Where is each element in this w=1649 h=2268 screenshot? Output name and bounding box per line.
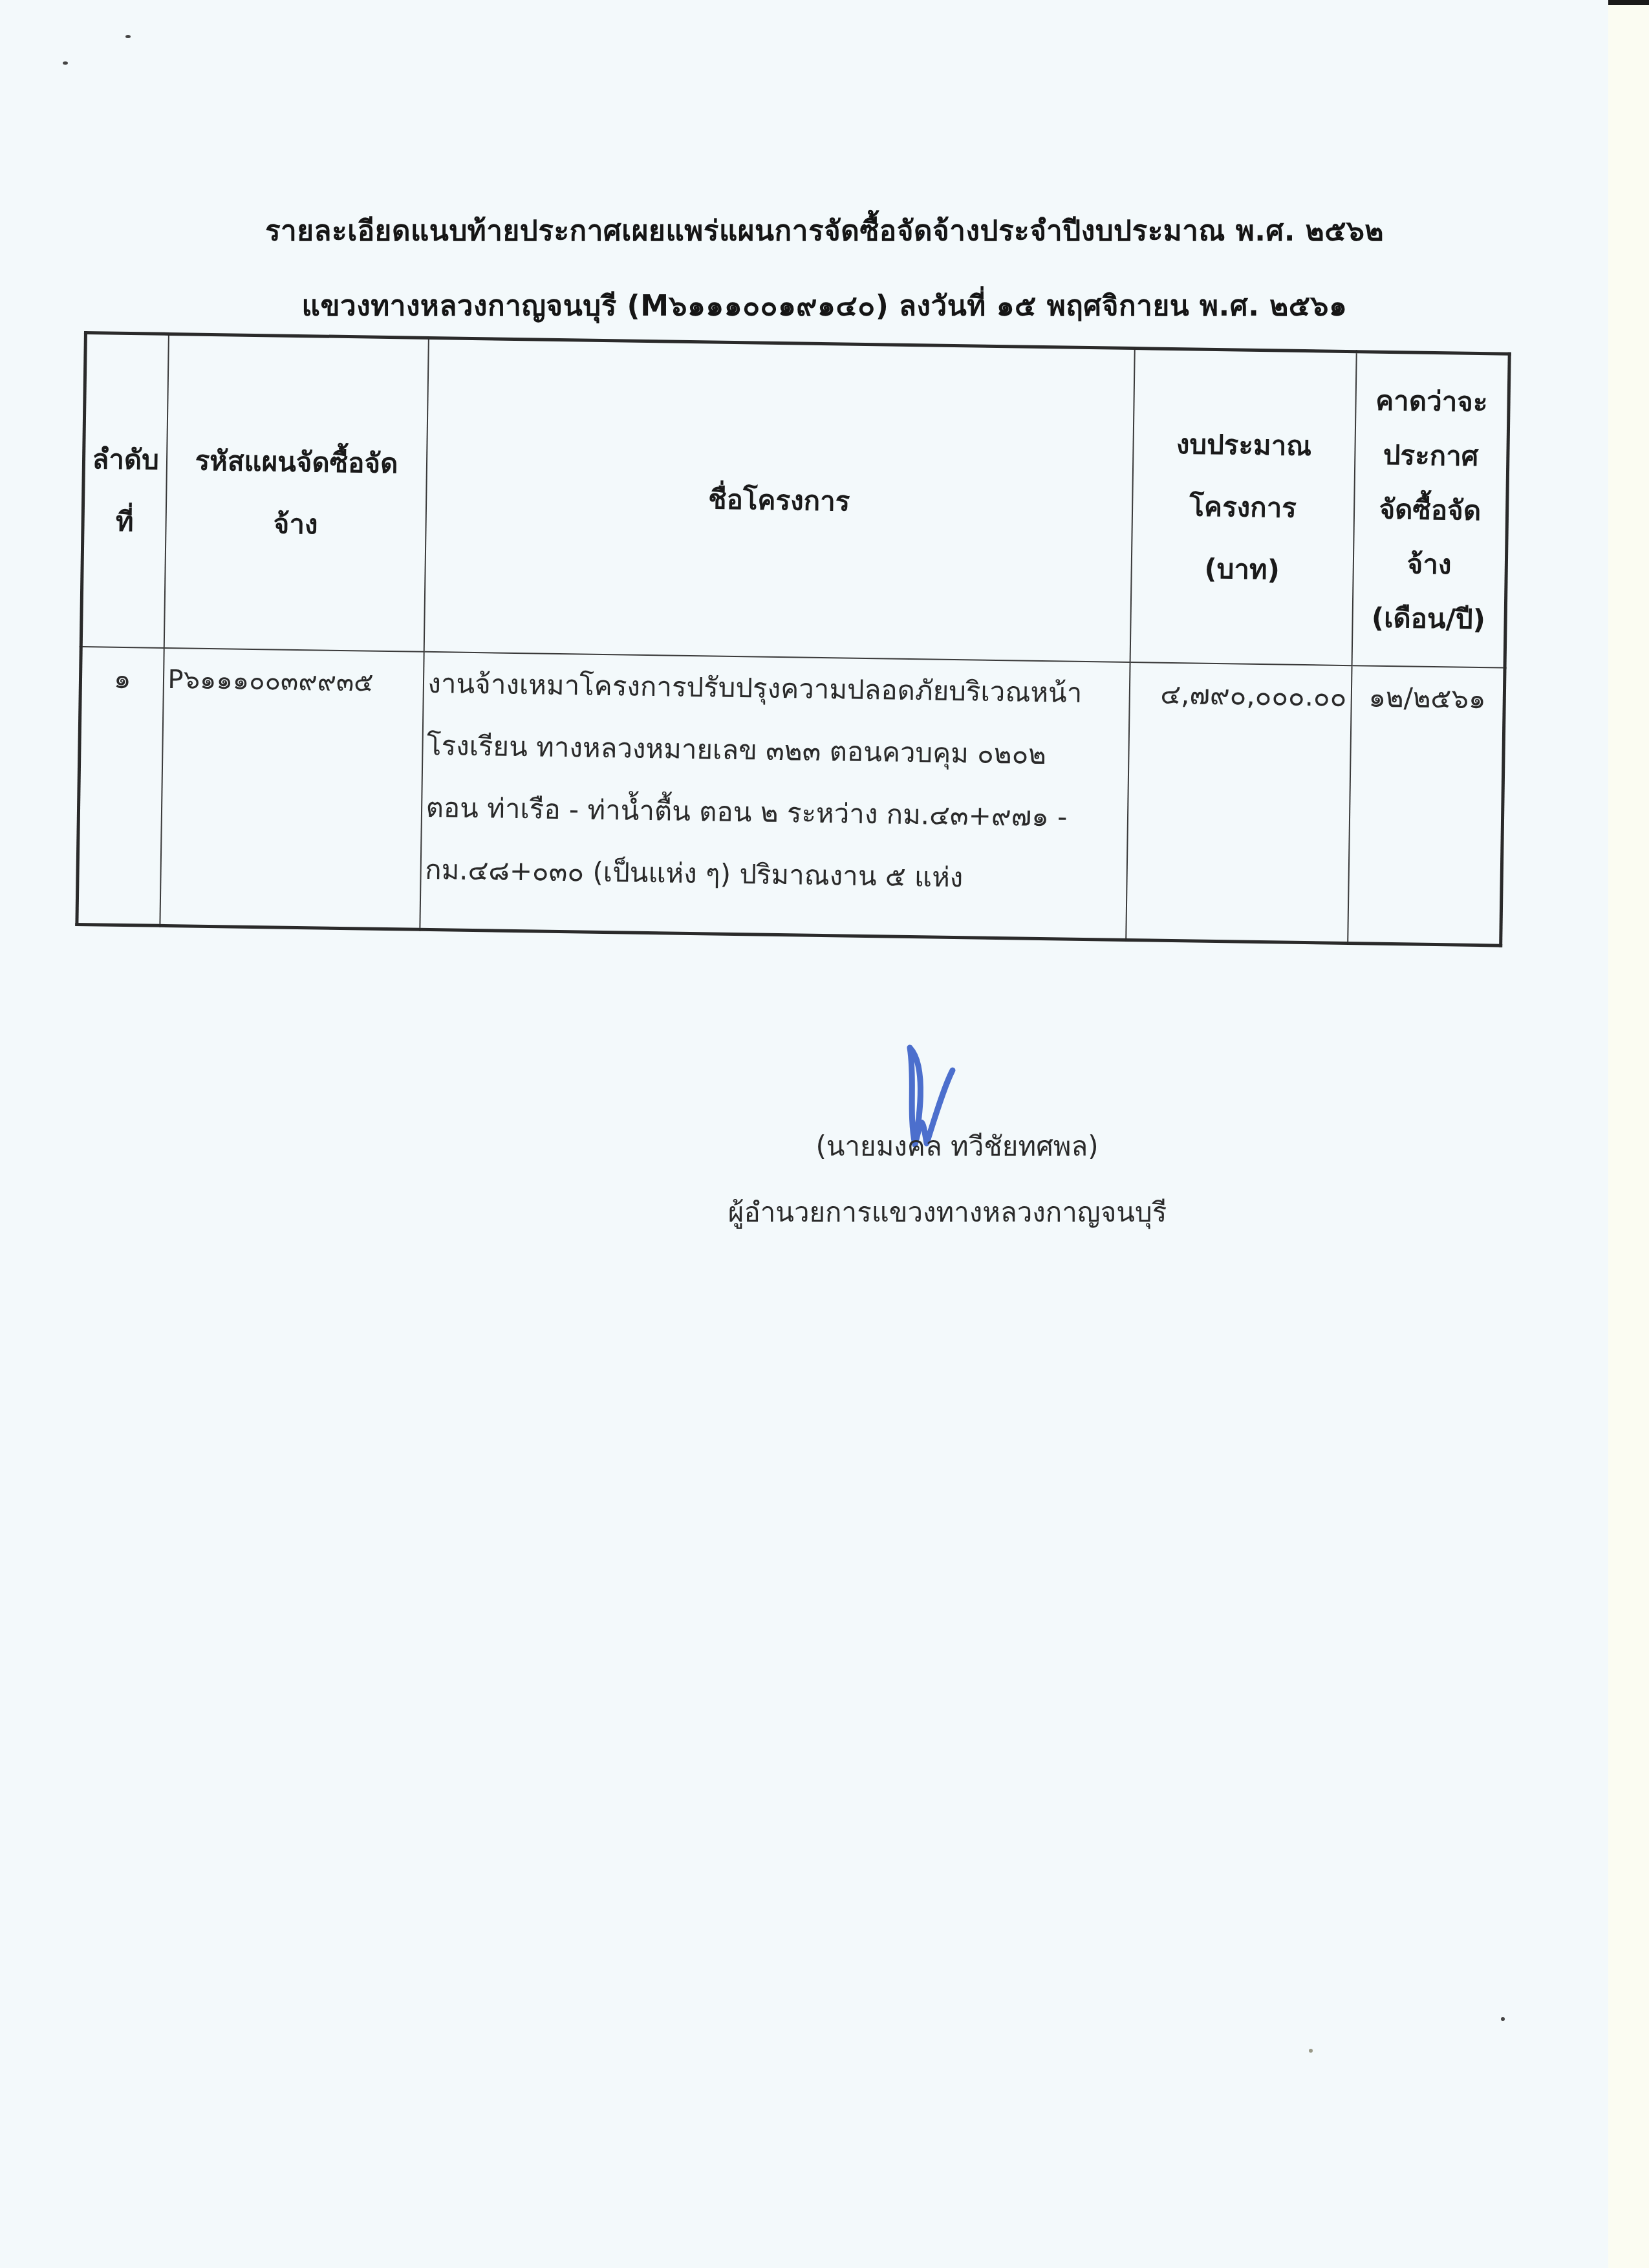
signatory-name: (นายมงคล ทวีชัยทศพล)	[0, 1125, 1649, 1168]
header-budget: งบประมาณ โครงการ (บาท)	[1130, 349, 1356, 666]
header-plan-code: รหัสแผนจัดซื้อจัด จ้าง	[164, 334, 428, 651]
cell-expected-date: ๑๒/๒๕๖๑	[1348, 665, 1505, 945]
cell-project-name: งานจ้างเหมาโครงการปรับปรุงความปลอดภัยบริ…	[420, 652, 1130, 940]
header-expected-date: คาดว่าจะ ประกาศ จัดซื้อจัด จ้าง (เดือน/ป…	[1352, 352, 1509, 668]
scan-speck	[63, 61, 68, 65]
document-title: รายละเอียดแนบท้ายประกาศเผยแพร่แผนการจัดซ…	[0, 208, 1649, 254]
document-subtitle: แขวงทางหลวงกาญจนบุรี (M๖๑๑๑๐๐๑๙๑๔๐) ลงวั…	[0, 283, 1649, 329]
signatory-position: ผู้อำนวยการแขวงทางหลวงกาญจนบุรี	[0, 1191, 1649, 1234]
scan-speck	[125, 35, 131, 38]
cell-no: ๑	[77, 647, 164, 925]
cell-plan-code: P๖๑๑๑๐๐๓๙๙๓๕	[160, 648, 424, 929]
cell-budget: ๔,๗๙๐,๐๐๐.๐๐	[1126, 662, 1352, 944]
table-row: ๑ P๖๑๑๑๐๐๓๙๙๓๕ งานจ้างเหมาโครงการปรับปรุ…	[77, 647, 1505, 945]
scan-edge-bar	[1608, 0, 1649, 5]
scan-speck	[1501, 2017, 1505, 2021]
header-no: ลำดับ ที่	[81, 333, 168, 648]
scan-speck	[1309, 2049, 1313, 2053]
table-header-row: ลำดับ ที่ รหัสแผนจัดซื้อจัด จ้าง ชื่อโคร…	[81, 333, 1509, 668]
header-project-name: ชื่อโครงการ	[424, 338, 1134, 662]
procurement-plan-table: ลำดับ ที่ รหัสแผนจัดซื้อจัด จ้าง ชื่อโคร…	[75, 331, 1507, 947]
